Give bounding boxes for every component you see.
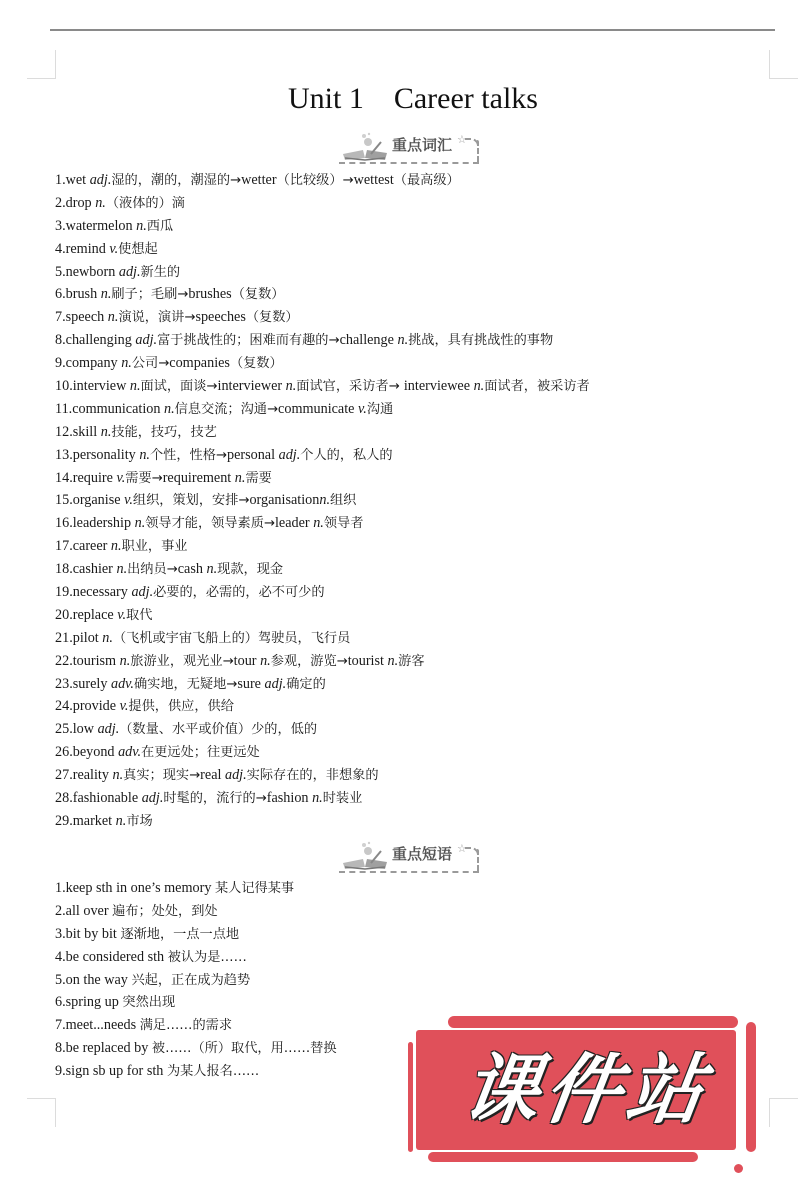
- part-of-speech: v.: [358, 401, 367, 417]
- definition: 沟通: [367, 402, 393, 417]
- definition: 技能，技巧，技艺: [111, 425, 217, 440]
- definition: 游客: [398, 654, 424, 669]
- dashed-border: [339, 871, 479, 873]
- part-of-speech: v.: [124, 492, 133, 508]
- part-of-speech: v.: [117, 607, 126, 623]
- definition: （复数）: [232, 287, 285, 302]
- derived-word: fashion: [267, 790, 312, 806]
- phrase-item: 6.spring up 突然出现: [55, 991, 337, 1014]
- headword: tourism: [73, 653, 120, 669]
- part-of-speech: n.: [319, 492, 330, 508]
- vocab-item: 23.surely adv.确实地，无疑地→sure adj.确定的: [55, 673, 590, 696]
- item-number: 7.: [55, 309, 66, 325]
- open-book-icon: [341, 841, 389, 871]
- stamp-dot: [734, 1164, 743, 1173]
- part-of-speech: n.: [164, 401, 175, 417]
- definition: 被……（所）取代，用……替换: [152, 1041, 337, 1056]
- phrase-item: 1.keep sth in one’s memory 某人记得某事: [55, 877, 337, 900]
- phrase: be considered sth: [66, 949, 168, 965]
- part-of-speech: n.: [136, 218, 147, 234]
- item-number: 2.: [55, 195, 66, 211]
- definition: 刷子；毛刷→: [111, 287, 188, 302]
- vocab-item: 27.reality n.真实；现实→real adj.实际存在的，非想象的: [55, 764, 590, 787]
- definition: （复数）: [230, 356, 283, 371]
- part-of-speech: adj.: [225, 767, 247, 783]
- item-number: 13.: [55, 447, 73, 463]
- derived-word: speeches: [195, 309, 245, 325]
- derived-word: communicate: [278, 401, 358, 417]
- vocab-item: 3.watermelon n.西瓜: [55, 215, 590, 238]
- item-number: 20.: [55, 607, 73, 623]
- definition: 旅游业，观光业→: [130, 654, 233, 669]
- headword: necessary: [73, 584, 132, 600]
- vocab-item: 6.brush n.刷子；毛刷→brushes（复数）: [55, 283, 590, 306]
- definition: 个性，性格→: [150, 448, 227, 463]
- item-number: 5.: [55, 972, 66, 988]
- part-of-speech: adj.: [98, 721, 120, 737]
- vocab-item: 5.newborn adj.新生的: [55, 261, 590, 284]
- definition: （比较级）→: [277, 173, 354, 188]
- definition: 信息交流；沟通→: [175, 402, 278, 417]
- watermark-text: 课件站: [430, 1044, 743, 1136]
- part-of-speech: n.: [207, 561, 218, 577]
- phrase-item: 8.be replaced by 被……（所）取代，用……替换: [55, 1037, 337, 1060]
- vocab-item: 16.leadership n.领导才能，领导素质→leader n.领导者: [55, 512, 590, 535]
- part-of-speech: n.: [121, 355, 132, 371]
- definition: 出纳员→: [127, 562, 178, 577]
- definition: 面试官，采访者→: [296, 379, 404, 394]
- headword: speech: [66, 309, 108, 325]
- definition: （飞机或宇宙飞船上的）驾驶员，飞行员: [113, 631, 350, 646]
- headword: surely: [73, 676, 111, 692]
- item-number: 24.: [55, 698, 73, 714]
- vocab-item: 11.communication n.信息交流；沟通→communicate v…: [55, 398, 590, 421]
- item-number: 22.: [55, 653, 73, 669]
- definition: 某人记得某事: [215, 881, 294, 896]
- item-number: 4.: [55, 949, 66, 965]
- vocab-item: 12.skill n.技能，技巧，技艺: [55, 421, 590, 444]
- part-of-speech: v.: [116, 470, 125, 486]
- vocab-item: 20.replace v.取代: [55, 604, 590, 627]
- definition: 取代: [126, 608, 152, 623]
- phrase-item: 4.be considered sth 被认为是……: [55, 946, 337, 969]
- definition: 突然出现: [122, 995, 175, 1010]
- item-number: 8.: [55, 332, 66, 348]
- headword: beyond: [73, 744, 118, 760]
- page-title: Unit 1Career talks: [0, 82, 800, 116]
- definition: （数量、水平或价值）少的，低的: [119, 722, 317, 737]
- definition: 兴起，正在成为趋势: [131, 973, 250, 988]
- part-of-speech: adj.: [279, 447, 301, 463]
- section-header-vocab: 重点词汇 ☆: [337, 124, 487, 166]
- vocab-item: 28.fashionable adj.时髦的，流行的→fashion n.时装业: [55, 787, 590, 810]
- definition: （最高级）: [394, 173, 460, 188]
- headword: require: [73, 470, 117, 486]
- part-of-speech: n.: [286, 378, 297, 394]
- part-of-speech: n.: [116, 561, 127, 577]
- phrase: on the way: [66, 972, 132, 988]
- part-of-speech: n.: [397, 332, 408, 348]
- vocab-list: 1.wet adj.湿的，潮的，潮湿的→wetter（比较级）→wettest（…: [55, 169, 590, 833]
- derived-word: interviewee: [404, 378, 474, 394]
- headword: cashier: [73, 561, 117, 577]
- vocab-item: 29.market n.市场: [55, 810, 590, 833]
- part-of-speech: n.: [113, 767, 124, 783]
- vocab-item: 18.cashier n.出纳员→cash n.现款，现金: [55, 558, 590, 581]
- phrase: spring up: [66, 994, 123, 1010]
- derived-word: companies: [169, 355, 230, 371]
- derived-word: leader: [275, 515, 313, 531]
- headword: leadership: [73, 515, 135, 531]
- headword: career: [73, 538, 111, 554]
- item-number: 29.: [55, 813, 73, 829]
- definition: 逐渐地，一点一点地: [120, 927, 239, 942]
- item-number: 5.: [55, 264, 66, 280]
- part-of-speech: n.: [313, 515, 324, 531]
- part-of-speech: n.: [135, 515, 146, 531]
- item-number: 18.: [55, 561, 73, 577]
- definition: 被认为是……: [168, 950, 247, 965]
- headword: low: [73, 721, 98, 737]
- headword: wet: [66, 172, 90, 188]
- definition: 使想起: [118, 242, 158, 257]
- headword: provide: [73, 698, 120, 714]
- dashed-border: [339, 162, 479, 164]
- part-of-speech: n.: [130, 378, 141, 394]
- definition: 新生的: [141, 265, 181, 280]
- phrase-item: 2.all over 遍布；处处，到处: [55, 900, 337, 923]
- crop-mark-top-right: [769, 50, 798, 79]
- part-of-speech: n.: [111, 538, 122, 554]
- phrase-item: 5.on the way 兴起，正在成为趋势: [55, 969, 337, 992]
- vocab-item: 2.drop n.（液体的）滴: [55, 192, 590, 215]
- header-rule: [50, 29, 775, 31]
- item-number: 9.: [55, 355, 66, 371]
- definition: 组织: [330, 493, 356, 508]
- definition: 确定的: [286, 677, 326, 692]
- section-label-vocab: 重点词汇: [392, 134, 452, 155]
- part-of-speech: n.: [102, 630, 113, 646]
- definition: 需要: [245, 471, 271, 486]
- derived-word: cash: [178, 561, 207, 577]
- derived-word: challenge: [340, 332, 398, 348]
- vocab-item: 13.personality n.个性，性格→personal adj.个人的，…: [55, 444, 590, 467]
- derived-word: sure: [237, 676, 264, 692]
- dashed-border: [477, 849, 479, 871]
- stamp-edge: [428, 1152, 698, 1162]
- vocab-item: 19.necessary adj.必要的，必需的，必不可少的: [55, 581, 590, 604]
- definition: 在更远处；往更远处: [141, 745, 260, 760]
- item-number: 2.: [55, 903, 66, 919]
- section-label-phrases: 重点短语: [392, 843, 452, 864]
- definition: 时装业: [323, 791, 363, 806]
- definition: 领导者: [324, 516, 364, 531]
- part-of-speech: adv.: [118, 744, 141, 760]
- part-of-speech: adj.: [265, 676, 287, 692]
- part-of-speech: adj.: [135, 332, 157, 348]
- vocab-item: 10.interview n.面试，面谈→interviewer n.面试官，采…: [55, 375, 590, 398]
- definition: 湿的，潮的，潮湿的→: [111, 173, 241, 188]
- item-number: 1.: [55, 880, 66, 896]
- headword: interview: [73, 378, 130, 394]
- headword: brush: [66, 286, 101, 302]
- derived-word: wettest: [354, 172, 394, 188]
- title-topic: Career talks: [394, 82, 538, 115]
- headword: market: [73, 813, 116, 829]
- part-of-speech: n.: [116, 813, 127, 829]
- item-number: 4.: [55, 241, 66, 257]
- headword: organise: [73, 492, 124, 508]
- headword: reality: [73, 767, 113, 783]
- item-number: 3.: [55, 926, 66, 942]
- item-number: 15.: [55, 492, 73, 508]
- definition: 市场: [126, 814, 152, 829]
- crop-mark-bottom-left: [27, 1098, 56, 1127]
- derived-word: requirement: [163, 470, 235, 486]
- phrase: be replaced by: [66, 1040, 152, 1056]
- item-number: 7.: [55, 1017, 66, 1033]
- title-unit: Unit 1: [288, 82, 364, 115]
- item-number: 19.: [55, 584, 73, 600]
- headword: pilot: [73, 630, 103, 646]
- definition: 公司→: [132, 356, 169, 371]
- derived-word: tourist: [348, 653, 388, 669]
- part-of-speech: adj.: [142, 790, 164, 806]
- part-of-speech: adj.: [131, 584, 153, 600]
- item-number: 23.: [55, 676, 73, 692]
- vocab-item: 8.challenging adj.富于挑战性的；困难而有趣的→challeng…: [55, 329, 590, 352]
- phrase-item: 9.sign sb up for sth 为某人报名……: [55, 1060, 337, 1083]
- crop-mark-bottom-right: [769, 1098, 798, 1127]
- item-number: 11.: [55, 401, 72, 417]
- headword: watermelon: [66, 218, 137, 234]
- part-of-speech: n.: [139, 447, 150, 463]
- part-of-speech: adj.: [90, 172, 112, 188]
- stamp-edge: [448, 1016, 738, 1028]
- definition: 确实地，无疑地→: [134, 677, 237, 692]
- headword: remind: [66, 241, 110, 257]
- definition: 时髦的，流行的→: [163, 791, 266, 806]
- definition: 实际存在的，非想象的: [247, 768, 379, 783]
- headword: communication: [72, 401, 164, 417]
- item-number: 6.: [55, 994, 66, 1010]
- section-header-phrases: 重点短语 ☆: [337, 833, 487, 875]
- definition: 组织，策划，安排→: [133, 493, 250, 508]
- derived-word: organisation: [249, 492, 319, 508]
- item-number: 25.: [55, 721, 73, 737]
- part-of-speech: n.: [260, 653, 271, 669]
- phrase-item: 3.bit by bit 逐渐地，一点一点地: [55, 923, 337, 946]
- vocab-item: 14.require v.需要→requirement n.需要: [55, 467, 590, 490]
- phrase-item: 7.meet...needs 满足……的需求: [55, 1014, 337, 1037]
- vocab-item: 1.wet adj.湿的，潮的，潮湿的→wetter（比较级）→wettest（…: [55, 169, 590, 192]
- part-of-speech: n.: [312, 790, 323, 806]
- definition: 遍布；处处，到处: [112, 904, 218, 919]
- part-of-speech: n.: [101, 424, 112, 440]
- definition: 为某人报名……: [167, 1064, 259, 1079]
- definition: （液体的）滴: [106, 196, 185, 211]
- definition: 参观，游览→: [271, 654, 348, 669]
- watermark-stamp: 课件站: [408, 1012, 750, 1172]
- phrase: keep sth in one’s memory: [66, 880, 215, 896]
- item-number: 27.: [55, 767, 73, 783]
- part-of-speech: adj.: [119, 264, 141, 280]
- phrase-list: 1.keep sth in one’s memory 某人记得某事2.all o…: [55, 877, 337, 1083]
- part-of-speech: n.: [474, 378, 485, 394]
- headword: challenging: [66, 332, 136, 348]
- definition: 真实；现实→: [123, 768, 200, 783]
- definition: （复数）: [246, 310, 299, 325]
- item-number: 12.: [55, 424, 73, 440]
- item-number: 8.: [55, 1040, 66, 1056]
- headword: personality: [73, 447, 140, 463]
- headword: newborn: [66, 264, 119, 280]
- part-of-speech: n.: [120, 653, 131, 669]
- vocab-item: 25.low adj.（数量、水平或价值）少的，低的: [55, 718, 590, 741]
- item-number: 1.: [55, 172, 66, 188]
- derived-word: real: [200, 767, 225, 783]
- part-of-speech: adv.: [111, 676, 134, 692]
- part-of-speech: n.: [101, 286, 112, 302]
- headword: replace: [73, 607, 118, 623]
- definition: 领导才能，领导素质→: [145, 516, 275, 531]
- definition: 富于挑战性的；困难而有趣的→: [157, 333, 340, 348]
- open-book-icon: [341, 132, 389, 162]
- vocab-item: 7.speech n.演说，演讲→speeches（复数）: [55, 306, 590, 329]
- vocab-item: 15.organise v.组织，策划，安排→organisationn.组织: [55, 489, 590, 512]
- part-of-speech: n.: [108, 309, 119, 325]
- definition: 必要的，必需的，必不可少的: [153, 585, 324, 600]
- headword: drop: [66, 195, 96, 211]
- vocab-item: 21.pilot n.（飞机或宇宙飞船上的）驾驶员，飞行员: [55, 627, 590, 650]
- stamp-edge: [408, 1042, 413, 1152]
- part-of-speech: n.: [95, 195, 106, 211]
- definition: 西瓜: [147, 219, 173, 234]
- vocab-item: 9.company n.公司→companies（复数）: [55, 352, 590, 375]
- definition: 面试，面谈→: [141, 379, 218, 394]
- vocab-item: 26.beyond adv.在更远处；往更远处: [55, 741, 590, 764]
- part-of-speech: n.: [388, 653, 399, 669]
- item-number: 28.: [55, 790, 73, 806]
- part-of-speech: n.: [235, 470, 246, 486]
- definition: 需要→: [125, 471, 162, 486]
- vocab-item: 24.provide v.提供，供应，供给: [55, 695, 590, 718]
- item-number: 3.: [55, 218, 66, 234]
- definition: 挑战，具有挑战性的事物: [408, 333, 553, 348]
- vocab-item: 22.tourism n.旅游业，观光业→tour n.参观，游览→touris…: [55, 650, 590, 673]
- vocab-item: 4.remind v.使想起: [55, 238, 590, 261]
- definition: 现款，现金: [217, 562, 283, 577]
- item-number: 10.: [55, 378, 73, 394]
- phrase: bit by bit: [66, 926, 121, 942]
- definition: 提供，供应，供给: [128, 699, 234, 714]
- crop-mark-top-left: [27, 50, 56, 79]
- definition: 面试者，被采访者: [484, 379, 590, 394]
- item-number: 6.: [55, 286, 66, 302]
- phrase: meet...needs: [66, 1017, 140, 1033]
- item-number: 14.: [55, 470, 73, 486]
- item-number: 16.: [55, 515, 73, 531]
- phrase: sign sb up for sth: [66, 1063, 167, 1079]
- part-of-speech: v.: [109, 241, 118, 257]
- definition: 满足……的需求: [140, 1018, 232, 1033]
- derived-word: brushes: [188, 286, 231, 302]
- headword: company: [66, 355, 122, 371]
- vocab-item: 17.career n.职业，事业: [55, 535, 590, 558]
- derived-word: interviewer: [218, 378, 286, 394]
- headword: skill: [73, 424, 101, 440]
- stamp-edge: [746, 1022, 756, 1152]
- derived-word: tour: [234, 653, 260, 669]
- derived-word: personal: [227, 447, 279, 463]
- definition: 演说，演讲→: [118, 310, 195, 325]
- phrase: all over: [66, 903, 112, 919]
- item-number: 9.: [55, 1063, 66, 1079]
- item-number: 26.: [55, 744, 73, 760]
- derived-word: wetter: [241, 172, 276, 188]
- item-number: 21.: [55, 630, 73, 646]
- dashed-border: [477, 140, 479, 162]
- headword: fashionable: [73, 790, 142, 806]
- item-number: 17.: [55, 538, 73, 554]
- definition: 职业，事业: [122, 539, 188, 554]
- definition: 个人的，私人的: [300, 448, 392, 463]
